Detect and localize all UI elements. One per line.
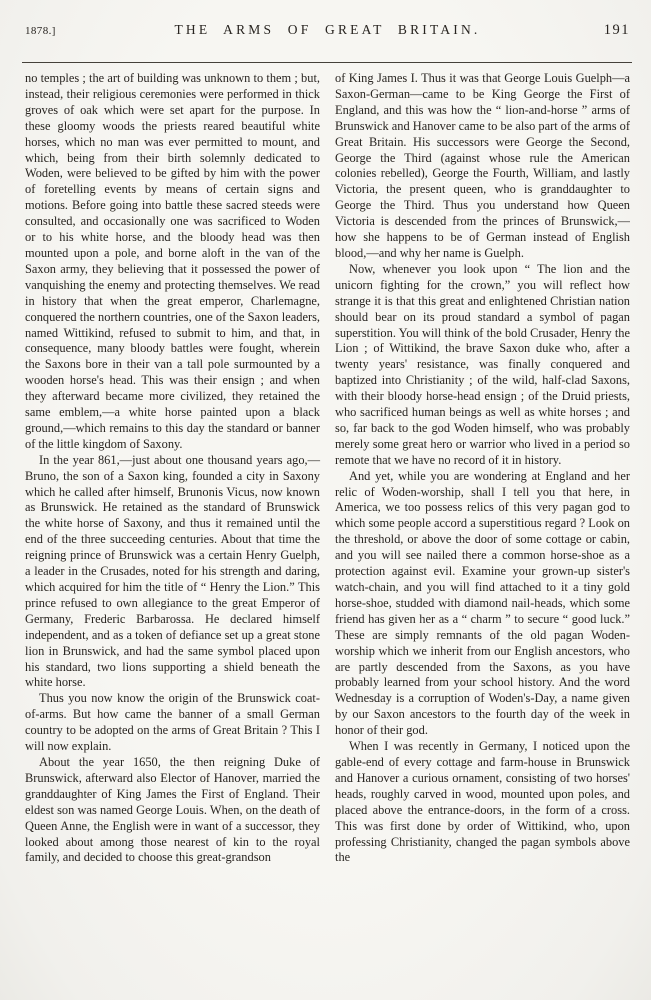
text-columns: no temples ; the art of building was unk… <box>25 71 630 961</box>
paragraph: Now, whenever you look upon “ The lion a… <box>335 262 630 469</box>
paragraph: And yet, while you are wondering at Engl… <box>335 469 630 739</box>
paragraph: no temples ; the art of building was unk… <box>25 71 320 453</box>
paragraph: When I was recently in Germany, I notice… <box>335 739 630 866</box>
page-title: THE ARMS OF GREAT BRITAIN. <box>174 22 480 38</box>
header-rule <box>22 62 632 63</box>
scanned-book-page: 1878.] THE ARMS OF GREAT BRITAIN. 191 no… <box>0 0 651 1000</box>
page-header: 1878.] THE ARMS OF GREAT BRITAIN. 191 <box>25 22 630 39</box>
paragraph: In the year 861,—just about one thousand… <box>25 453 320 692</box>
left-column: no temples ; the art of building was unk… <box>25 71 320 961</box>
header-date: 1878.] <box>25 25 56 37</box>
paragraph: of King James I. Thus it was that George… <box>335 71 630 262</box>
paragraph: About the year 1650, the then reigning D… <box>25 755 320 866</box>
header-page-number: 191 <box>604 22 630 39</box>
right-column: of King James I. Thus it was that George… <box>335 71 630 961</box>
paragraph: Thus you now know the origin of the Brun… <box>25 691 320 755</box>
